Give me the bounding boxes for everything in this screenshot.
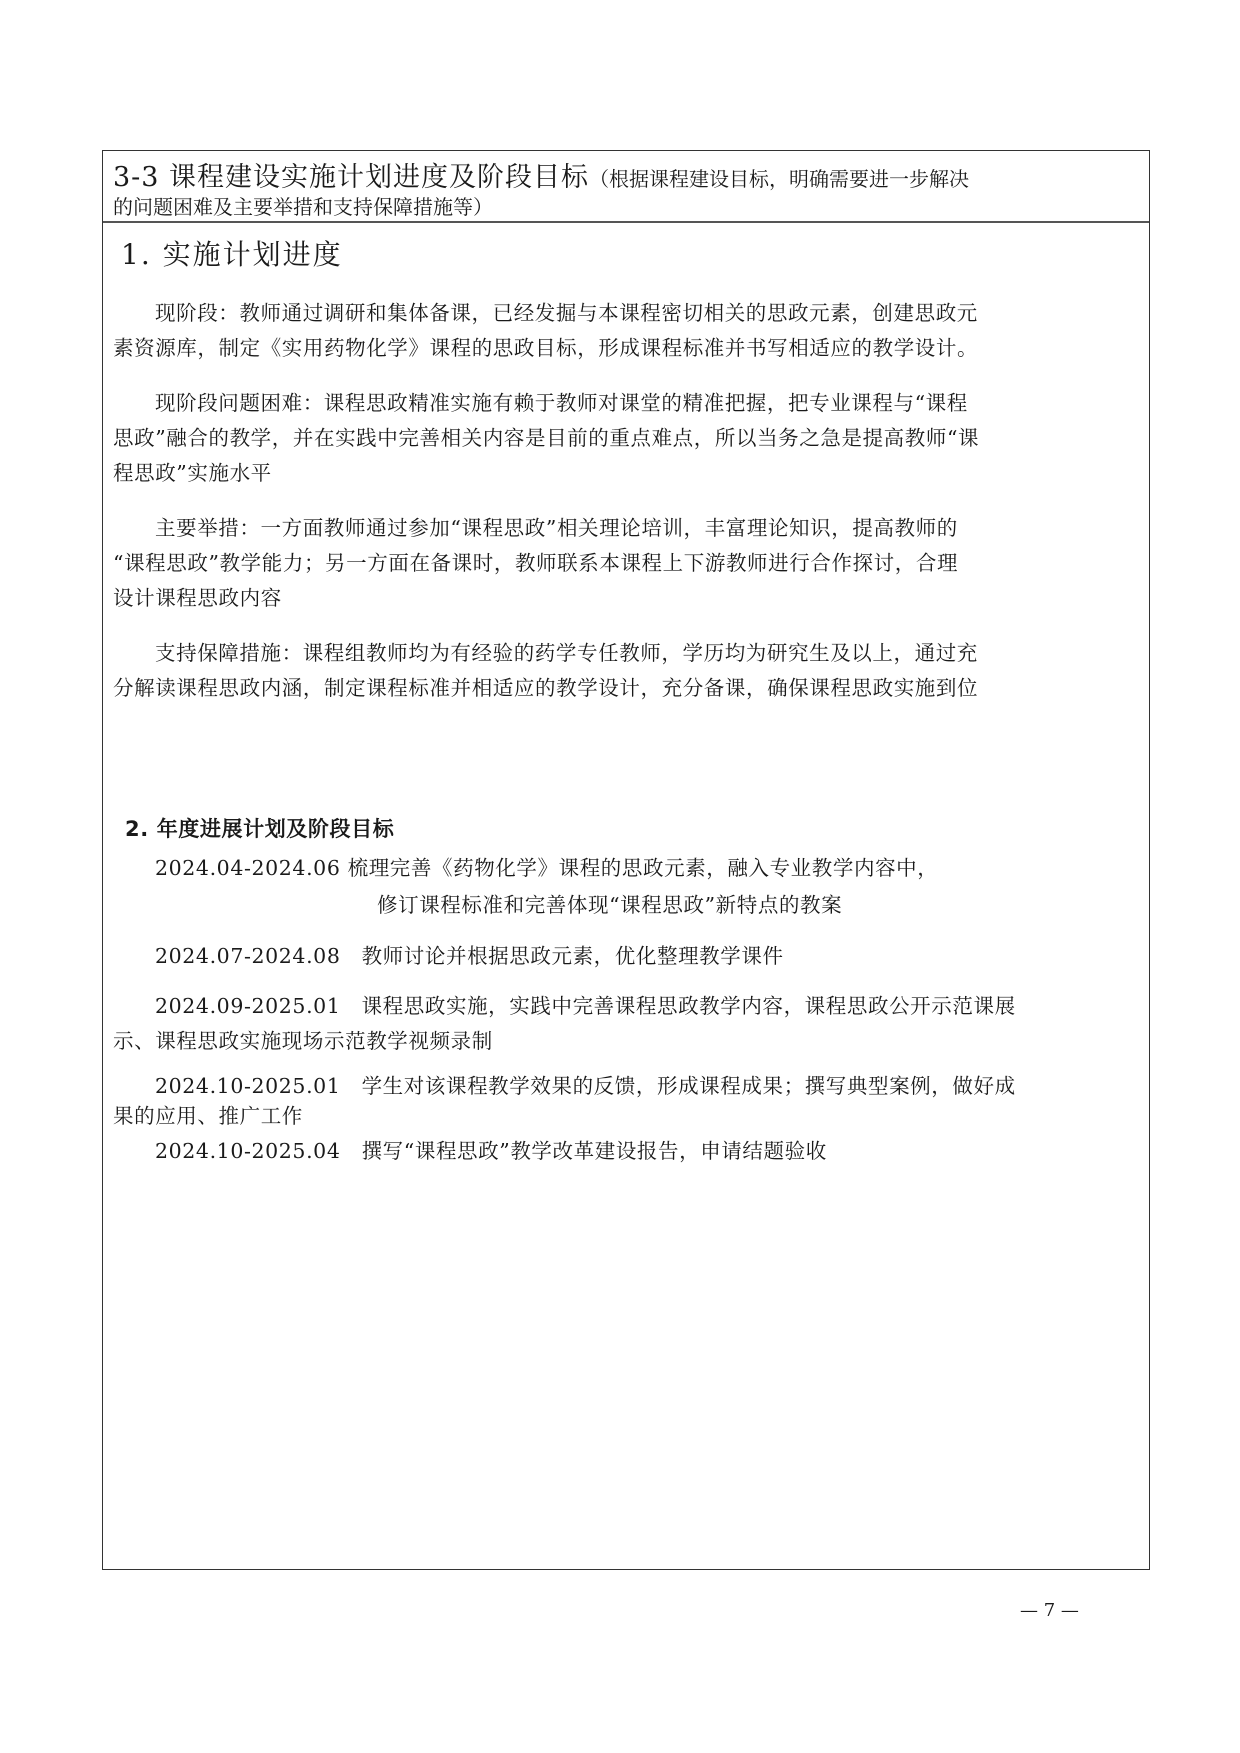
section-note-continued: 的问题困难及主要举措和支持保障措施等） — [113, 191, 493, 220]
paragraph-line: 设计课程思政内容 — [113, 581, 282, 611]
section2-heading: 2. 年度进展计划及阶段目标 — [125, 813, 394, 843]
paragraph-line: 分解读课程思政内涵，制定课程标准并相适应的教学设计，充分备课，确保课程思政实施到… — [113, 671, 978, 701]
section-note: （根据课程建设目标，明确需要进一步解决 — [589, 167, 969, 191]
form-table: 3-3 课程建设实施计划进度及阶段目标（根据课程建设目标，明确需要进一步解决 的… — [102, 150, 1150, 1570]
schedule-line: 2024.10-2025.04 撰写“课程思政”教学改革建设报告，申请结题验收 — [155, 1134, 827, 1164]
paragraph-line: “课程思政”教学能力；另一方面在备课时，教师联系本课程上下游教师进行合作探讨，合… — [113, 546, 958, 576]
table-header: 3-3 课程建设实施计划进度及阶段目标（根据课程建设目标，明确需要进一步解决 的… — [103, 151, 1149, 223]
schedule-line: 2024.09-2025.01 课程思政实施，实践中完善课程思政教学内容，课程思… — [155, 989, 1016, 1019]
paragraph-line: 素资源库，制定《实用药物化学》课程的思政目标，形成课程标准并书写相适应的教学设计… — [113, 331, 978, 361]
schedule-line: 2024.10-2025.01 学生对该课程教学效果的反馈，形成课程成果；撰写典… — [155, 1069, 1016, 1099]
paragraph-line: 支持保障措施：课程组教师均为有经验的药学专任教师，学历均为研究生及以上，通过充 — [155, 636, 978, 666]
paragraph-line: 主要举措：一方面教师通过参加“课程思政”相关理论培训，丰富理论知识，提高教师的 — [155, 511, 958, 541]
page-number: — 7 — — [1020, 1600, 1079, 1621]
paragraph-line: 现阶段问题困难：课程思政精准实施有赖于教师对课堂的精准把握，把专业课程与“课程 — [155, 386, 968, 416]
header-title-line: 3-3 课程建设实施计划进度及阶段目标（根据课程建设目标，明确需要进一步解决 — [113, 155, 969, 194]
paragraph-line: 现阶段：教师通过调研和集体备课，已经发掘与本课程密切相关的思政元素，创建思政元 — [155, 296, 978, 326]
section-title: 3-3 课程建设实施计划进度及阶段目标 — [113, 162, 589, 193]
schedule-line: 修订课程标准和完善体现“课程思政”新特点的教案 — [377, 888, 842, 918]
paragraph-line: 程思政”实施水平 — [113, 456, 272, 486]
schedule-line: 2024.07-2024.08 教师讨论并根据思政元素，优化整理教学课件 — [155, 939, 784, 969]
section1-heading: 1. 实施计划进度 — [121, 233, 343, 273]
schedule-line: 果的应用、推广工作 — [113, 1099, 303, 1129]
schedule-line: 示、课程思政实施现场示范教学视频录制 — [113, 1024, 493, 1054]
paragraph-line: 思政”融合的教学，并在实践中完善相关内容是目前的重点难点，所以当务之急是提高教师… — [113, 421, 979, 451]
schedule-line: 2024.04-2024.06 梳理完善《药物化学》课程的思政元素，融入专业教学… — [155, 851, 938, 881]
